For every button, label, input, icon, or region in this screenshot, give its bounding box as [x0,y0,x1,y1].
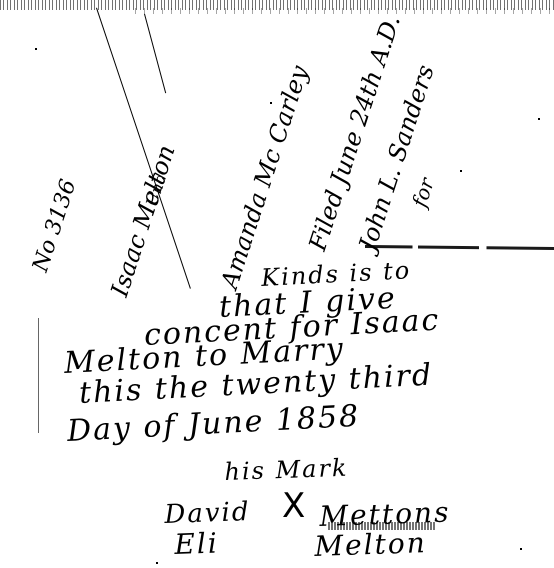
scanned-document-page: No 3136 Isaac Melton Und Amanda Mc Carle… [0,0,554,568]
his-mark-label: his Mark [224,454,349,486]
docket-bride-name: Amanda Mc Carley [215,62,313,292]
docket-underline-smudge [365,245,554,250]
scan-speck [35,48,37,50]
signer-x-mark: X [282,486,305,526]
scan-noise-strip [135,8,554,14]
witness-first-name: Eli [174,526,219,561]
paper-left-edge [38,318,39,433]
scan-speck [156,562,158,564]
scan-speck [520,548,522,550]
scan-speck [270,102,272,104]
scan-speck [538,118,540,120]
witness-surname: Melton [314,526,427,563]
signer-first-name: David [164,497,251,530]
paper-fold-line-secondary [144,14,166,93]
docket-groom-name: Isaac Melton [105,142,180,300]
scan-speck [460,170,462,172]
docket-role: for [407,175,439,210]
docket-number: No 3136 [28,176,81,275]
